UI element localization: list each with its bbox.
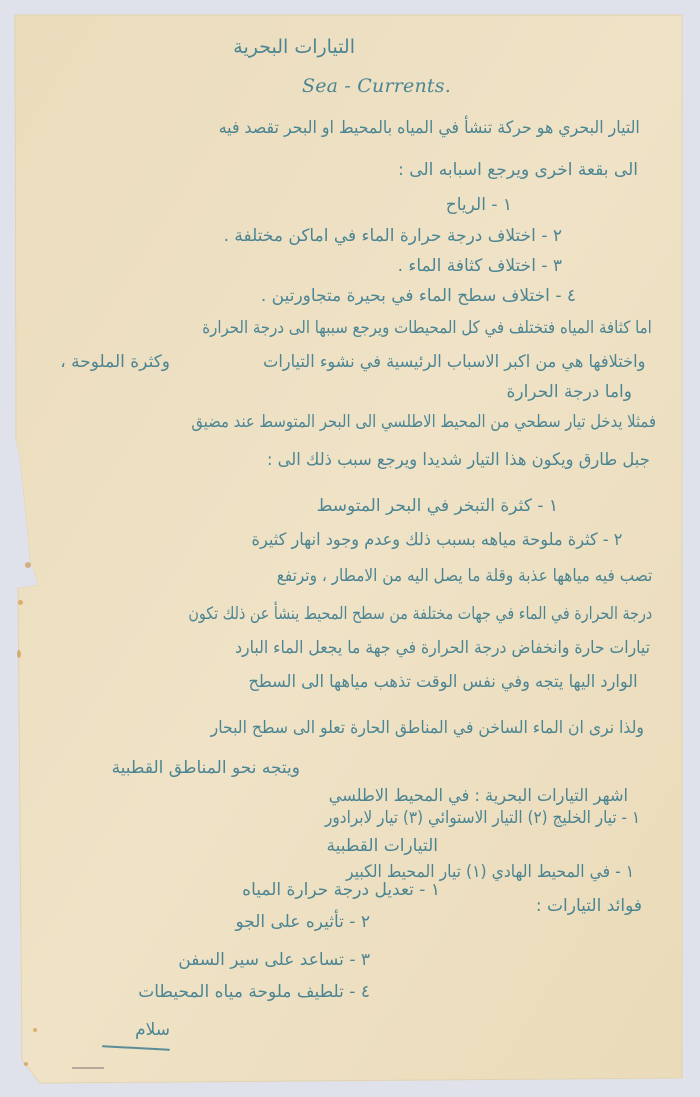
text-line: اما كثافة المياه فتختلف في كل المحيطات و… [202,318,652,338]
section-heading: فوائد التيارات : [536,896,642,916]
pencil-mark [72,1067,104,1069]
text-line: واما درجة الحرارة [506,382,632,402]
text-line: ١ - تيار الخليج (٢) التيار الاستوائي (٣)… [325,808,640,828]
text-line: ويتجه نحو المناطق القطبية [112,758,300,778]
text-line: جبل طارق ويكون هذا التيار شديدا ويرجع سب… [267,450,650,470]
text-line: الى بقعة اخرى ويرجع اسبابه الى : [398,160,638,180]
rust-stain [33,1028,37,1032]
rust-stain [18,600,23,605]
list-item: ٣ - اختلاف كثافة الماء . [398,256,562,276]
text-line: التيار البحري هو حركة تنشأ في المياه بال… [219,118,640,138]
text-line: وكثرة الملوحة ، [60,352,170,372]
list-item: ١ - كثرة التبخر في البحر المتوسط [317,496,558,516]
list-item: ١ - تعديل درجة حرارة المياه [242,880,440,900]
title-english: Sea - Currents. [302,75,451,97]
list-item: ٤ - تلطيف ملوحة مياه المحيطات [138,982,370,1002]
text-line: فمثلا يدخل تيار سطحي من المحيط الاطلسي ا… [191,412,656,432]
list-item: ٢ - اختلاف درجة حرارة الماء في اماكن مخت… [224,226,562,246]
rust-stain [17,650,21,658]
rust-stain [24,1062,28,1066]
list-item: ٤ - اختلاف سطح الماء في بحيرة متجاورتين … [261,286,576,306]
signature: سلام [135,1020,170,1040]
rust-stain [25,562,31,568]
list-item: ٢ - كثرة ملوحة مياهه بسبب ذلك وعدم وجود … [251,530,622,550]
text-line: تصب فيه مياهها عذبة وقلة ما يصل اليه من … [276,566,652,586]
text-line: التيارات القطبية [326,836,438,856]
handwritten-page: التيارات البحرية Sea - Currents. التيار … [0,0,700,1097]
text-line: ١ - في المحيط الهادي (١) تيار المحيط الك… [346,862,634,882]
text-line: ولذا نرى ان الماء الساخن في المناطق الحا… [211,718,644,738]
text-line: درجة الحرارة في الماء في جهات مختلفة من … [188,604,652,624]
list-item: ١ - الرياح [446,195,512,215]
title-arabic: التيارات البحرية [233,36,355,58]
text-line: تيارات حارة وانخفاض درجة الحرارة في جهة … [235,638,650,658]
text-line: واختلافها هي من اكبر الاسباب الرئيسية في… [263,352,645,372]
list-item: ٢ - تأثيره على الجو [235,912,370,932]
text-line: الوارد اليها يتجه وفي نفس الوقت تذهب ميا… [249,672,638,692]
text-line: اشهر التيارات البحرية : في المحيط الاطلس… [329,786,628,806]
list-item: ٣ - تساعد على سير السفن [178,950,370,970]
